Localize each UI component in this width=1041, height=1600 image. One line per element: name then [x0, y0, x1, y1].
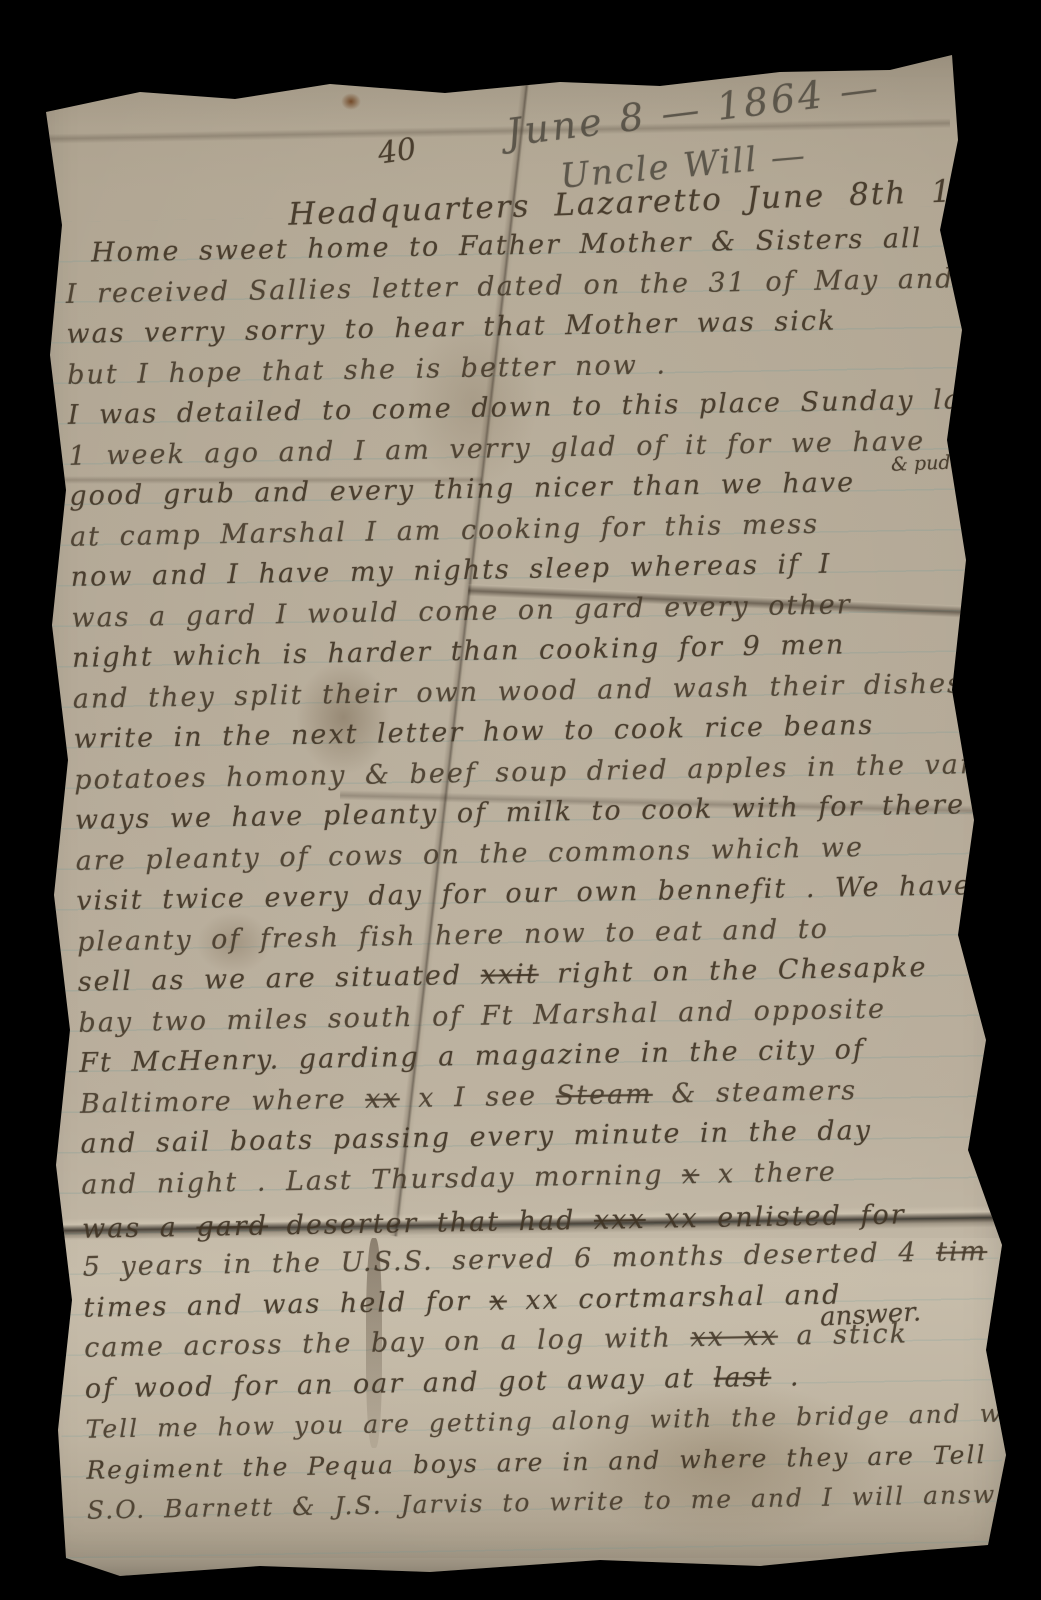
letter-body: Home sweet home to Father Mother & Siste…: [65, 218, 988, 1531]
letter-photograph: June 8 — 1864 — Uncle Will — 40 Headquar…: [0, 0, 1041, 1600]
top-crease: [50, 118, 950, 144]
letter-signoff: answer.: [819, 1297, 922, 1332]
pencil-date-annotation: June 8 — 1864 —: [504, 65, 883, 155]
interline-insertion-note: & pudding: [890, 450, 993, 476]
corner-number-annotation: 40: [376, 132, 419, 172]
ink-stain-spot: [341, 93, 361, 110]
letter-paper-sheet: June 8 — 1864 — Uncle Will — 40 Headquar…: [0, 0, 1041, 1600]
